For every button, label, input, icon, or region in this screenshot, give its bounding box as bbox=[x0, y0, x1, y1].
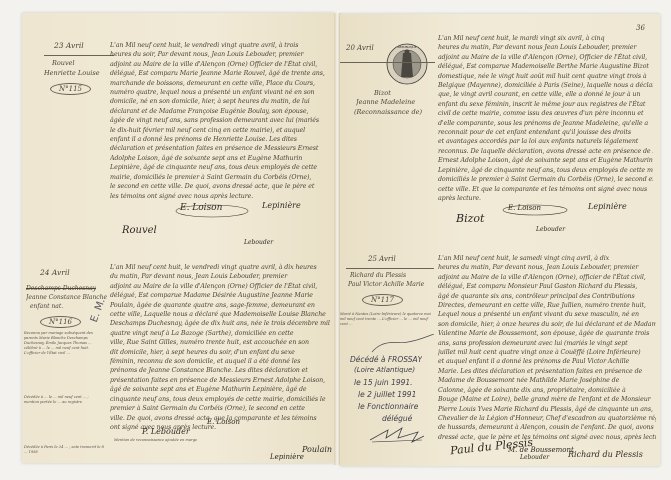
pencil-scribble-icon bbox=[368, 334, 438, 356]
entry-date: 25 Avril bbox=[368, 255, 396, 263]
entry-status: (Reconnaissance de) bbox=[354, 108, 422, 116]
body-line: adjoint au Maire de la ville d'Alençon (… bbox=[438, 53, 653, 62]
body-line: Poulain, âgée de quarante quatre ans, sa… bbox=[110, 301, 332, 310]
body-line: reconnus. De laquelle déclaration, avons… bbox=[438, 147, 653, 156]
signature: Lebouder bbox=[520, 454, 549, 461]
body-line: L'an Mil neuf cent huit, le mardi vingt … bbox=[438, 34, 653, 43]
signature-flourish-icon bbox=[500, 200, 570, 220]
signature: Lepinière bbox=[270, 453, 304, 461]
body-line: marchande de boissons, demeurant en cett… bbox=[110, 79, 332, 88]
entry-date: 24 Avril bbox=[40, 268, 70, 277]
death-note-line: le 15 juin 1991. bbox=[354, 378, 413, 387]
entry-surname: Rouvel bbox=[52, 59, 75, 67]
margin-rule bbox=[340, 62, 435, 63]
death-note-line: le Fonctionnaire bbox=[358, 402, 418, 411]
body-line: délégué, Est comparu Marie Jeanne Marie … bbox=[110, 69, 332, 78]
death-note-line: le 2 juillet 1991 bbox=[358, 390, 416, 399]
body-line: délégué, Est comparu Monsieur Paul Gasto… bbox=[438, 282, 656, 291]
body-line: âgé de soixante sept ans et Eugène Mathu… bbox=[110, 385, 332, 394]
body-line: L'an Mil neuf cent huit, le vendredi vin… bbox=[110, 41, 332, 50]
body-line: Calonne, âgée de soixante dix ans, propr… bbox=[438, 386, 656, 395]
signature: Lebouder bbox=[536, 226, 565, 233]
signature: Lebouder bbox=[244, 239, 273, 246]
margin-rule bbox=[44, 55, 114, 56]
body-line: d'elle comparante, sous les prénoms de J… bbox=[438, 119, 653, 128]
entry-given-names: Jeanne Madeleine bbox=[356, 98, 415, 106]
body-line: dit domicile, hier, à sept heures du soi… bbox=[110, 348, 332, 357]
page-number: 36 bbox=[636, 24, 645, 32]
annotation-note: Mention de reconnaissance ajoutée en mar… bbox=[114, 438, 264, 460]
entry-surname: Richard du Plessis bbox=[350, 272, 406, 279]
entry-body: L'an Mil neuf cent huit, le samedi vingt… bbox=[438, 254, 656, 442]
signature: P. Lebouder bbox=[142, 427, 190, 436]
entry-surname: Bizot bbox=[374, 89, 391, 97]
entry-surname: Deschamps Duchesnay bbox=[26, 285, 96, 292]
body-line: âgée de vingt neuf ans, sans profession … bbox=[110, 116, 332, 125]
body-line: cette ville, Laquelle nous a déclaré que… bbox=[110, 310, 332, 319]
body-line: déclarant et de Madame Françoise Eugénie… bbox=[110, 107, 332, 116]
body-line: déclaration et présentation faites en pr… bbox=[110, 144, 332, 153]
body-line: cette ville. Et que la comparante et les… bbox=[438, 185, 653, 194]
body-line: que, le vingt avril courant, en cette vi… bbox=[438, 90, 653, 99]
body-line: quatre vingt neuf à La Bazoge (Sarthe), … bbox=[110, 329, 332, 338]
body-line: L'an Mil neuf cent huit, le vendredi vin… bbox=[110, 263, 332, 272]
body-line: domicile, né en son domicile, hier, à se… bbox=[110, 97, 332, 106]
entry-body: L'an Mil neuf cent huit, le mardi vingt … bbox=[438, 34, 653, 203]
body-line: Lepinière, âgé de cinquante neuf ans, to… bbox=[110, 163, 332, 172]
body-line: et avantages accordés par la loi aux enf… bbox=[438, 137, 653, 146]
body-line: juillet mil huit cent quatre vingt onze … bbox=[438, 348, 656, 357]
margin-rule bbox=[346, 268, 434, 269]
body-line: le dix-huit février mil neuf cent cinq e… bbox=[110, 126, 332, 135]
body-line: Ernest Adolphe Loison, âgé de soixante s… bbox=[438, 156, 653, 165]
body-line: adjoint au Maire de la ville d'Alençon (… bbox=[110, 60, 332, 69]
body-line: enfant il a donné les prénoms de Henriet… bbox=[110, 135, 332, 144]
officer-signature-icon bbox=[368, 424, 428, 446]
body-line: du matin, Par devant nous, Jean Louis Le… bbox=[110, 272, 332, 281]
body-line: heures du matin, Par devant nous, Jean L… bbox=[438, 263, 656, 272]
body-line: Lepinière, âgé de cinquante neuf ans, to… bbox=[438, 166, 653, 175]
body-line: de hussards, demeurant à Alençon, cousin… bbox=[438, 423, 656, 432]
body-line: domestique, née le vingt huit août mil h… bbox=[438, 72, 653, 81]
entry-date: 23 Avril bbox=[54, 41, 84, 50]
body-line: L'an Mil neuf cent huit, le samedi vingt… bbox=[438, 254, 656, 263]
margin-note: Décédée à Paris le 24 ... ; acte transcr… bbox=[24, 445, 104, 461]
death-note-line: (Loire Atlantique) bbox=[354, 366, 415, 374]
death-note-line: Décédé à FROSSAY bbox=[350, 355, 422, 364]
signature-flourish-icon bbox=[172, 199, 252, 221]
entry-given-names: Paul Victor Achille Marie bbox=[348, 281, 424, 288]
margin-note: Décédée à ... le ... mil neuf cent ... ;… bbox=[24, 395, 104, 443]
body-line: Pierre Louis Yves Marie Richard du Pless… bbox=[438, 405, 656, 414]
body-line: Valentine Marie de Boussemont, son épous… bbox=[438, 329, 656, 338]
entry-status: enfant nat. bbox=[30, 303, 63, 310]
entry-number: N°117 bbox=[362, 294, 403, 306]
body-line: domiciliés le premier à Saint Germain du… bbox=[438, 175, 653, 184]
signature: Lepinière bbox=[262, 201, 301, 210]
body-line: délégué, Est comparue Mademoiselle Berth… bbox=[438, 62, 653, 71]
right-page: 36 RÉPUBLIQUE 20 Avril Bizot Jeanne Made… bbox=[340, 14, 660, 466]
body-line: civil de cette mairie, comme issu des œu… bbox=[438, 109, 653, 118]
signature: Poulain bbox=[302, 445, 332, 454]
body-line: heures du matin, Par devant nous Jean Lo… bbox=[438, 43, 653, 52]
body-line: enfant du sexe féminin, inscrit le même … bbox=[438, 100, 653, 109]
svg-text:RÉPUBLIQUE: RÉPUBLIQUE bbox=[397, 44, 416, 49]
signature: Rouvel bbox=[122, 225, 157, 236]
margin-note: Reconnu par mariage subséquent des paren… bbox=[24, 331, 104, 391]
death-note-line: délégué bbox=[382, 414, 412, 423]
body-line: prénoms de Jeanne Constance Blanche. Les… bbox=[110, 366, 332, 375]
body-line: Chevalier de la Légion d'Honneur, Chef d… bbox=[438, 414, 656, 423]
pencil-mark: E. M. bbox=[89, 297, 108, 324]
body-line: féminin, reconnu de son domicile, et auq… bbox=[110, 357, 332, 366]
body-line: ans, sans profession demeurant avec lui … bbox=[438, 339, 656, 348]
body-line: Directes, demeurant en cette ville, Rue … bbox=[438, 301, 656, 310]
body-line: dressé acte, que le père et les témoins … bbox=[438, 433, 656, 442]
body-line: cinquante neuf ans, tous deux employés d… bbox=[110, 395, 332, 404]
body-line: heures du soir, Par devant nous, Jean Lo… bbox=[110, 50, 332, 59]
entry-body: L'an Mil neuf cent huit, le vendredi vin… bbox=[110, 41, 332, 201]
entry-given-names: Henriette Louise bbox=[44, 69, 100, 77]
body-line: délégué, Est comparue Madame Désirée Aug… bbox=[110, 291, 332, 300]
signature: E. Loison bbox=[207, 418, 240, 426]
body-line: le second en cette ville. De quoi, avons… bbox=[110, 182, 332, 191]
body-line: numéro quatre, lequel nous a présenté un… bbox=[110, 88, 332, 97]
body-line: Deschamps Duchesnay, âgée de dix huit an… bbox=[110, 319, 332, 328]
body-line: Lequel nous a présenté un enfant vivant … bbox=[438, 310, 656, 319]
body-line: son domicile, hier, à onze heures du soi… bbox=[438, 320, 656, 329]
signature: Lepinière bbox=[588, 202, 627, 211]
body-line: ville, Rue Saint Gilles, numéro trente h… bbox=[110, 338, 332, 347]
body-line: Bouge (Maine et Loire), belle grand mère… bbox=[438, 395, 656, 404]
body-line: Belgique (Mayenne), domiciliée à Paris (… bbox=[438, 81, 653, 90]
body-line: et auquel enfant il a donné les prénoms … bbox=[438, 357, 656, 366]
republique-francaise-seal-icon: RÉPUBLIQUE bbox=[386, 43, 428, 85]
entry-body: L'an Mil neuf cent huit, le vendredi vin… bbox=[110, 263, 332, 432]
signature: Bizot bbox=[456, 212, 484, 225]
entry-number: N°115 bbox=[50, 83, 91, 95]
body-line: Madame de Boussemont née Mathilde Marie … bbox=[438, 376, 656, 385]
body-line: premier à Saint Germain du Corbéis (Orne… bbox=[110, 404, 332, 413]
body-line: Adolphe Loison, âgé de soixante sept ans… bbox=[110, 154, 332, 163]
body-line: reconnait pour de cet enfant entendant q… bbox=[438, 128, 653, 137]
signature: Richard du Plessis bbox=[568, 450, 643, 459]
body-line: adjoint au Maire de la ville d'Alençon (… bbox=[438, 273, 656, 282]
left-page: 23 Avril Rouvel Henriette Louise N°115 L… bbox=[22, 13, 335, 463]
body-line: mairie, domiciliés le premier à Saint Ge… bbox=[110, 173, 332, 182]
body-line: adjoint au Maire de la ville d'Alençon (… bbox=[110, 282, 332, 291]
body-line: âgé de quarante six ans, contrôleur prin… bbox=[438, 292, 656, 301]
body-line: Marie. Les dites déclaration et présenta… bbox=[438, 367, 656, 376]
body-line: présentation faites en présence de Messi… bbox=[110, 376, 332, 385]
entry-date: 20 Avril bbox=[346, 44, 374, 52]
entry-number: N°116 bbox=[40, 316, 81, 328]
